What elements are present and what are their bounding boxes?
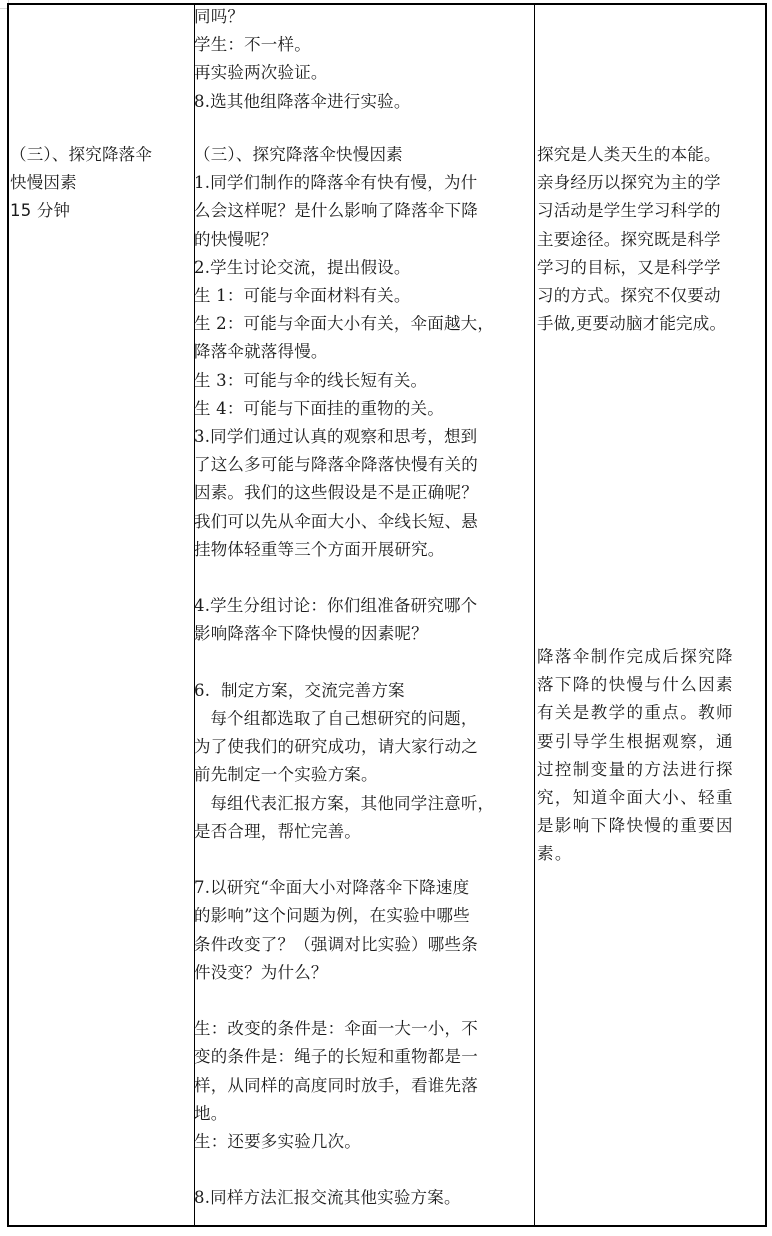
- blank-line: [194, 564, 526, 592]
- process-cell-continuation: 同吗？ 学生：不一样。 再实验两次验证。 8.选其他组降落伞进行实验。: [194, 3, 524, 116]
- text-line: 有关是教学的重点。教师: [537, 699, 761, 727]
- blank-line: [194, 649, 526, 677]
- text-line: 1.同学们制作的降落伞有快有慢，为什: [194, 169, 526, 197]
- text-line: 8.选其他组降落伞进行实验。: [194, 88, 524, 116]
- text-line: 生 2：可能与伞面大小有关，伞面越大，: [194, 310, 526, 338]
- text-line: 的快慢呢？: [194, 226, 526, 254]
- text-line: 我们可以先从伞面大小、伞线长短、悬: [194, 508, 526, 536]
- text-line: 变的条件是：绳子的长短和重物都是一: [194, 1043, 526, 1071]
- text-line: 是影响下降快慢的重要因: [537, 812, 761, 840]
- text-line: 了这么多可能与降落伞降落快慢有关的: [194, 451, 526, 479]
- text-line: 学习的目标，又是科学学: [537, 254, 761, 282]
- text-line: 降落伞制作完成后探究降: [537, 643, 761, 671]
- text-line: 同吗？: [194, 3, 524, 31]
- text-line: 每个组都选取了自己想研究的问题，: [194, 705, 526, 733]
- text-line: 亲身经历以探究为主的学: [537, 169, 761, 197]
- text-line: 8.同样方法汇报交流其他实验方案。: [194, 1184, 526, 1212]
- stage-title-line: （三）、探究降落伞: [10, 141, 182, 169]
- text-line: 落下降的快慢与什么因素: [537, 671, 761, 699]
- process-heading: （三）、探究降落伞快慢因素: [194, 141, 526, 169]
- stage-cell-section3: （三）、探究降落伞 快慢因素 15 分钟: [10, 141, 182, 226]
- stage-duration: 15 分钟: [10, 197, 182, 225]
- text-line: 7.以研究“伞面大小对降落伞下降速度: [194, 874, 526, 902]
- text-line: 么会这样呢？是什么影响了降落伞下降: [194, 197, 526, 225]
- text-line: 2.学生讨论交流，提出假设。: [194, 254, 526, 282]
- text-line: 因素。我们的这些假设是不是正确呢？: [194, 479, 526, 507]
- text-line: 为了使我们的研究成功，请大家行动之: [194, 733, 526, 761]
- text-line: 习的方式。探究不仅要动: [537, 282, 761, 310]
- blank-line: [194, 987, 526, 1015]
- text-line: 习活动是学生学习科学的: [537, 197, 761, 225]
- text-line: 降落伞就落得慢。: [194, 338, 526, 366]
- text-line: 的影响”这个问题为例，在实验中哪些: [194, 902, 526, 930]
- text-line: 素。: [537, 840, 761, 868]
- text-line: 样，从同样的高度同时放手，看谁先落: [194, 1072, 526, 1100]
- text-line: 手做,更要动脑才能完成。: [537, 310, 761, 338]
- text-line: 生：改变的条件是：伞面一大一小，不: [194, 1015, 526, 1043]
- text-line: 挂物体轻重等三个方面开展研究。: [194, 536, 526, 564]
- text-line: 学生：不一样。: [194, 31, 524, 59]
- column-divider-2: [534, 5, 535, 1225]
- text-line: 3.同学们通过认真的观察和思考，想到: [194, 423, 526, 451]
- text-line: 4.学生分组讨论：你们组准备研究哪个: [194, 592, 526, 620]
- process-cell-section3: （三）、探究降落伞快慢因素 1.同学们制作的降落伞有快有慢，为什 么会这样呢？是…: [194, 141, 526, 1213]
- text-line: 件没变？为什么？: [194, 959, 526, 987]
- text-line: 6. 制定方案，交流完善方案: [194, 677, 526, 705]
- text-line: 生：还要多实验几次。: [194, 1128, 526, 1156]
- text-line: 条件改变了？（强调对比实验）哪些条: [194, 931, 526, 959]
- text-line: 每组代表汇报方案，其他同学注意听，: [194, 790, 526, 818]
- intent-cell-key-point: 降落伞制作完成后探究降 落下降的快慢与什么因素 有关是教学的重点。教师 要引导学…: [537, 643, 761, 869]
- text-line: 生 3：可能与伞的线长短有关。: [194, 367, 526, 395]
- intent-cell-inquiry: 探究是人类天生的本能。 亲身经历以探究为主的学 习活动是学生学习科学的 主要途径…: [537, 141, 761, 338]
- text-line: 主要途径。探究既是科学: [537, 226, 761, 254]
- text-line: 地。: [194, 1100, 526, 1128]
- text-line: 生 1：可能与伞面材料有关。: [194, 282, 526, 310]
- stage-title-line: 快慢因素: [10, 169, 182, 197]
- text-line: 影响降落伞下降快慢的因素呢？: [194, 620, 526, 648]
- text-line: 过控制变量的方法进行探: [537, 756, 761, 784]
- blank-line: [194, 846, 526, 874]
- text-line: 是否合理，帮忙完善。: [194, 818, 526, 846]
- text-line: 前先制定一个实验方案。: [194, 761, 526, 789]
- text-line: 究，知道伞面大小、轻重: [537, 784, 761, 812]
- text-line: 生 4：可能与下面挂的重物的关。: [194, 395, 526, 423]
- text-line: 探究是人类天生的本能。: [537, 141, 761, 169]
- text-line: 要引导学生根据观察，通: [537, 728, 761, 756]
- blank-line: [194, 1156, 526, 1184]
- text-line: 再实验两次验证。: [194, 59, 524, 87]
